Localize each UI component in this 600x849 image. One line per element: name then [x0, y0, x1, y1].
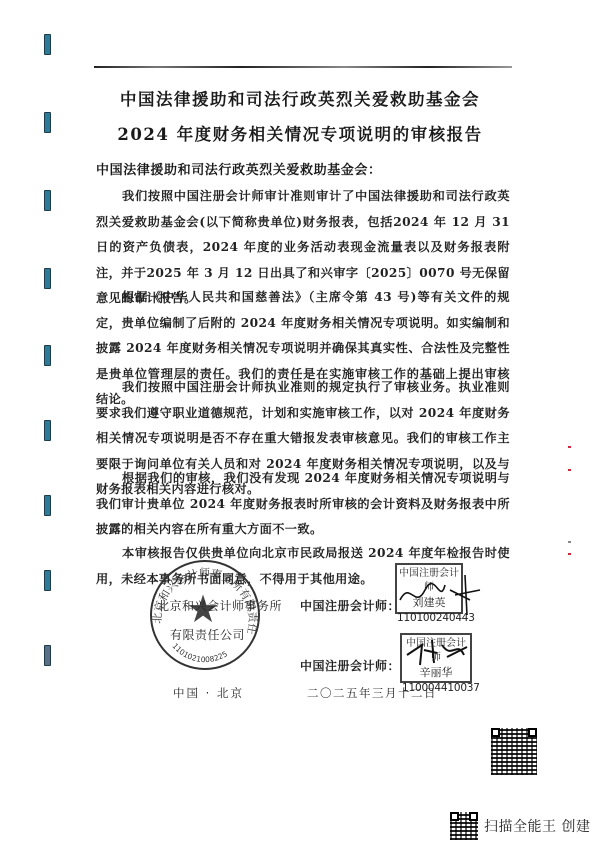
cpa-label-2: 中国注册会计师： [300, 657, 400, 674]
place: 中国 · 北京 [173, 685, 244, 701]
report-title-organization: 中国法律援助和司法行政英烈关爱救助基金会 [0, 86, 600, 110]
report-date: 二〇二五年三月十二日 [307, 685, 437, 701]
scan-speck [568, 553, 571, 555]
report-title: 2024 年度财务相关情况专项说明的审核报告 [0, 121, 600, 145]
cpa-number: 110100240443 [397, 611, 461, 625]
cpa-label-1: 中国注册会计师： [300, 597, 400, 614]
scan-speck [568, 469, 571, 471]
scan-speck [568, 446, 571, 448]
cpa-stamp-title: 中国注册会计师 [402, 637, 470, 665]
binder-marker [44, 345, 51, 366]
binder-marker [44, 268, 51, 289]
binder-marker [44, 190, 51, 211]
cpa-stamp-1: 中国注册会计师 刘建英 110100240443 [395, 563, 463, 614]
svg-text:1101021008225: 1101021008225 [170, 641, 229, 664]
header-rule [94, 66, 512, 68]
firm-type: 有限责任公司 [170, 626, 245, 643]
scanner-logo-qr-icon [450, 812, 478, 840]
cpa-stamp-title: 中国注册会计师 [397, 567, 461, 595]
binder-marker [44, 645, 51, 666]
binder-marker [44, 570, 51, 591]
firm-name: 北京和兴会计师事务所 [157, 597, 282, 614]
addressee: 中国法律援助和司法行政英烈关爱救助基金会： [96, 159, 382, 178]
qr-code [491, 728, 537, 775]
cpa-name: 刘建英 [397, 595, 461, 611]
scanner-watermark: 扫描全能王 创建 [484, 816, 590, 836]
cpa-stamp-2: 中国注册会计师 辛丽华 110004410037 [400, 633, 472, 683]
binder-marker [44, 34, 51, 55]
scan-speck [568, 541, 571, 543]
paragraph-conclusion: 根据我们的审核，我们没有发现 2024 年度财务相关情况专项说明与我们审计贵单位… [96, 466, 510, 543]
binder-marker [44, 495, 51, 516]
binder-marker [44, 420, 51, 441]
firm-seal-number: 1101021008225 [170, 641, 229, 664]
cpa-name: 辛丽华 [402, 665, 470, 681]
